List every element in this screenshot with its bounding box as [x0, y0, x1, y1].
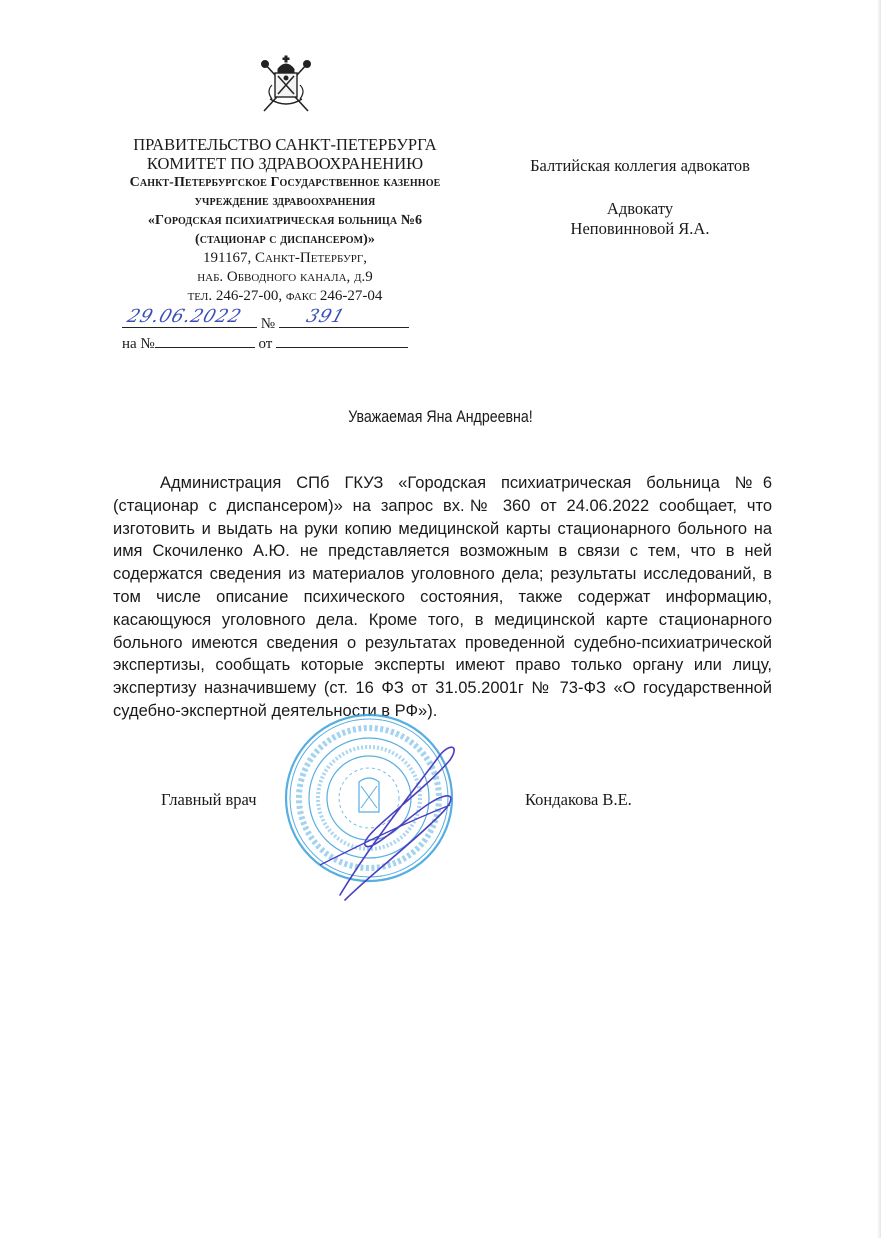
body-line: экспертизу назначившему (ст. 16 ФЗ от 31…	[113, 677, 772, 700]
recipient-organization: Балтийская коллегия адвокатов	[500, 155, 780, 177]
body-line: (стационар с диспансером)» на запрос вх.…	[113, 495, 772, 518]
body-line: Администрация СПб ГКУЗ «Городская психиа…	[113, 472, 772, 495]
sender-committee: КОМИТЕТ ПО ЗДРАВООХРАНЕНИЮ	[80, 154, 490, 173]
sender-hospital-subtitle: (стационар с диспансером)»	[80, 230, 490, 249]
greeting: Уважаемая Яна Андреевна!	[62, 408, 820, 427]
sender-hospital-name: «Городская психиатрическая больница №6	[80, 211, 490, 230]
outgoing-number-handwritten: 391	[303, 306, 347, 327]
outgoing-number-field: 391	[279, 313, 409, 328]
outgoing-date-field: 29.06.2022	[122, 313, 257, 328]
body-line: содержатся сведения из материалов уголов…	[113, 563, 772, 586]
signatory-name: Кондакова В.Е.	[525, 790, 632, 810]
handwritten-signature-icon	[300, 735, 470, 905]
body-line: больного имеются сведения о результатах …	[113, 632, 772, 655]
sender-institution-type: Санкт-Петербургское Государственное казе…	[80, 173, 490, 192]
outgoing-date-handwritten: 29.06.2022	[125, 306, 245, 327]
letter-body: Администрация СПб ГКУЗ «Городская психиа…	[113, 472, 772, 723]
sender-address-city: 191167, Санкт-Петербург,	[80, 249, 490, 268]
letter-page: ПРАВИТЕЛЬСТВО САНКТ-ПЕТЕРБУРГА КОМИТЕТ П…	[0, 0, 881, 1238]
incoming-reference-row: на № от	[122, 333, 408, 353]
reference-number-label: на №	[122, 336, 155, 352]
body-line: касающуюся уголовного дела. Кроме того, …	[113, 609, 772, 632]
recipient-block: Балтийская коллегия адвокатов Адвокату Н…	[500, 155, 780, 239]
page-edge-shadow	[877, 0, 881, 1238]
body-line: том числе описание психического состояни…	[113, 586, 772, 609]
body-line: изготовить и выдать на руки копию медици…	[113, 518, 772, 541]
reference-number-field	[155, 333, 255, 348]
sender-phone-fax: тел. 246-27-00, факс 246-27-04	[80, 287, 490, 306]
sender-address-street: наб. Обводного канала, д.9	[80, 268, 490, 287]
reference-date-label: от	[259, 336, 273, 352]
saint-petersburg-coat-of-arms-icon	[258, 55, 314, 115]
sender-institution-type-2: учреждение здравоохранения	[80, 192, 490, 211]
body-line: имя Скочиленко А.Ю. не представляется во…	[113, 540, 772, 563]
reference-date-field	[276, 333, 408, 348]
recipient-name: Неповинновой Я.А.	[500, 219, 780, 239]
body-line: экспертизы, сообщать которые эксперты им…	[113, 654, 772, 677]
sender-header: ПРАВИТЕЛЬСТВО САНКТ-ПЕТЕРБУРГА КОМИТЕТ П…	[80, 135, 490, 306]
sender-government: ПРАВИТЕЛЬСТВО САНКТ-ПЕТЕРБУРГА	[80, 135, 490, 154]
outgoing-number-label: №	[261, 316, 275, 332]
signatory-title: Главный врач	[161, 790, 257, 810]
outgoing-registration-row: 29.06.2022 № 391	[122, 313, 409, 333]
recipient-role: Адвокату	[500, 198, 780, 219]
